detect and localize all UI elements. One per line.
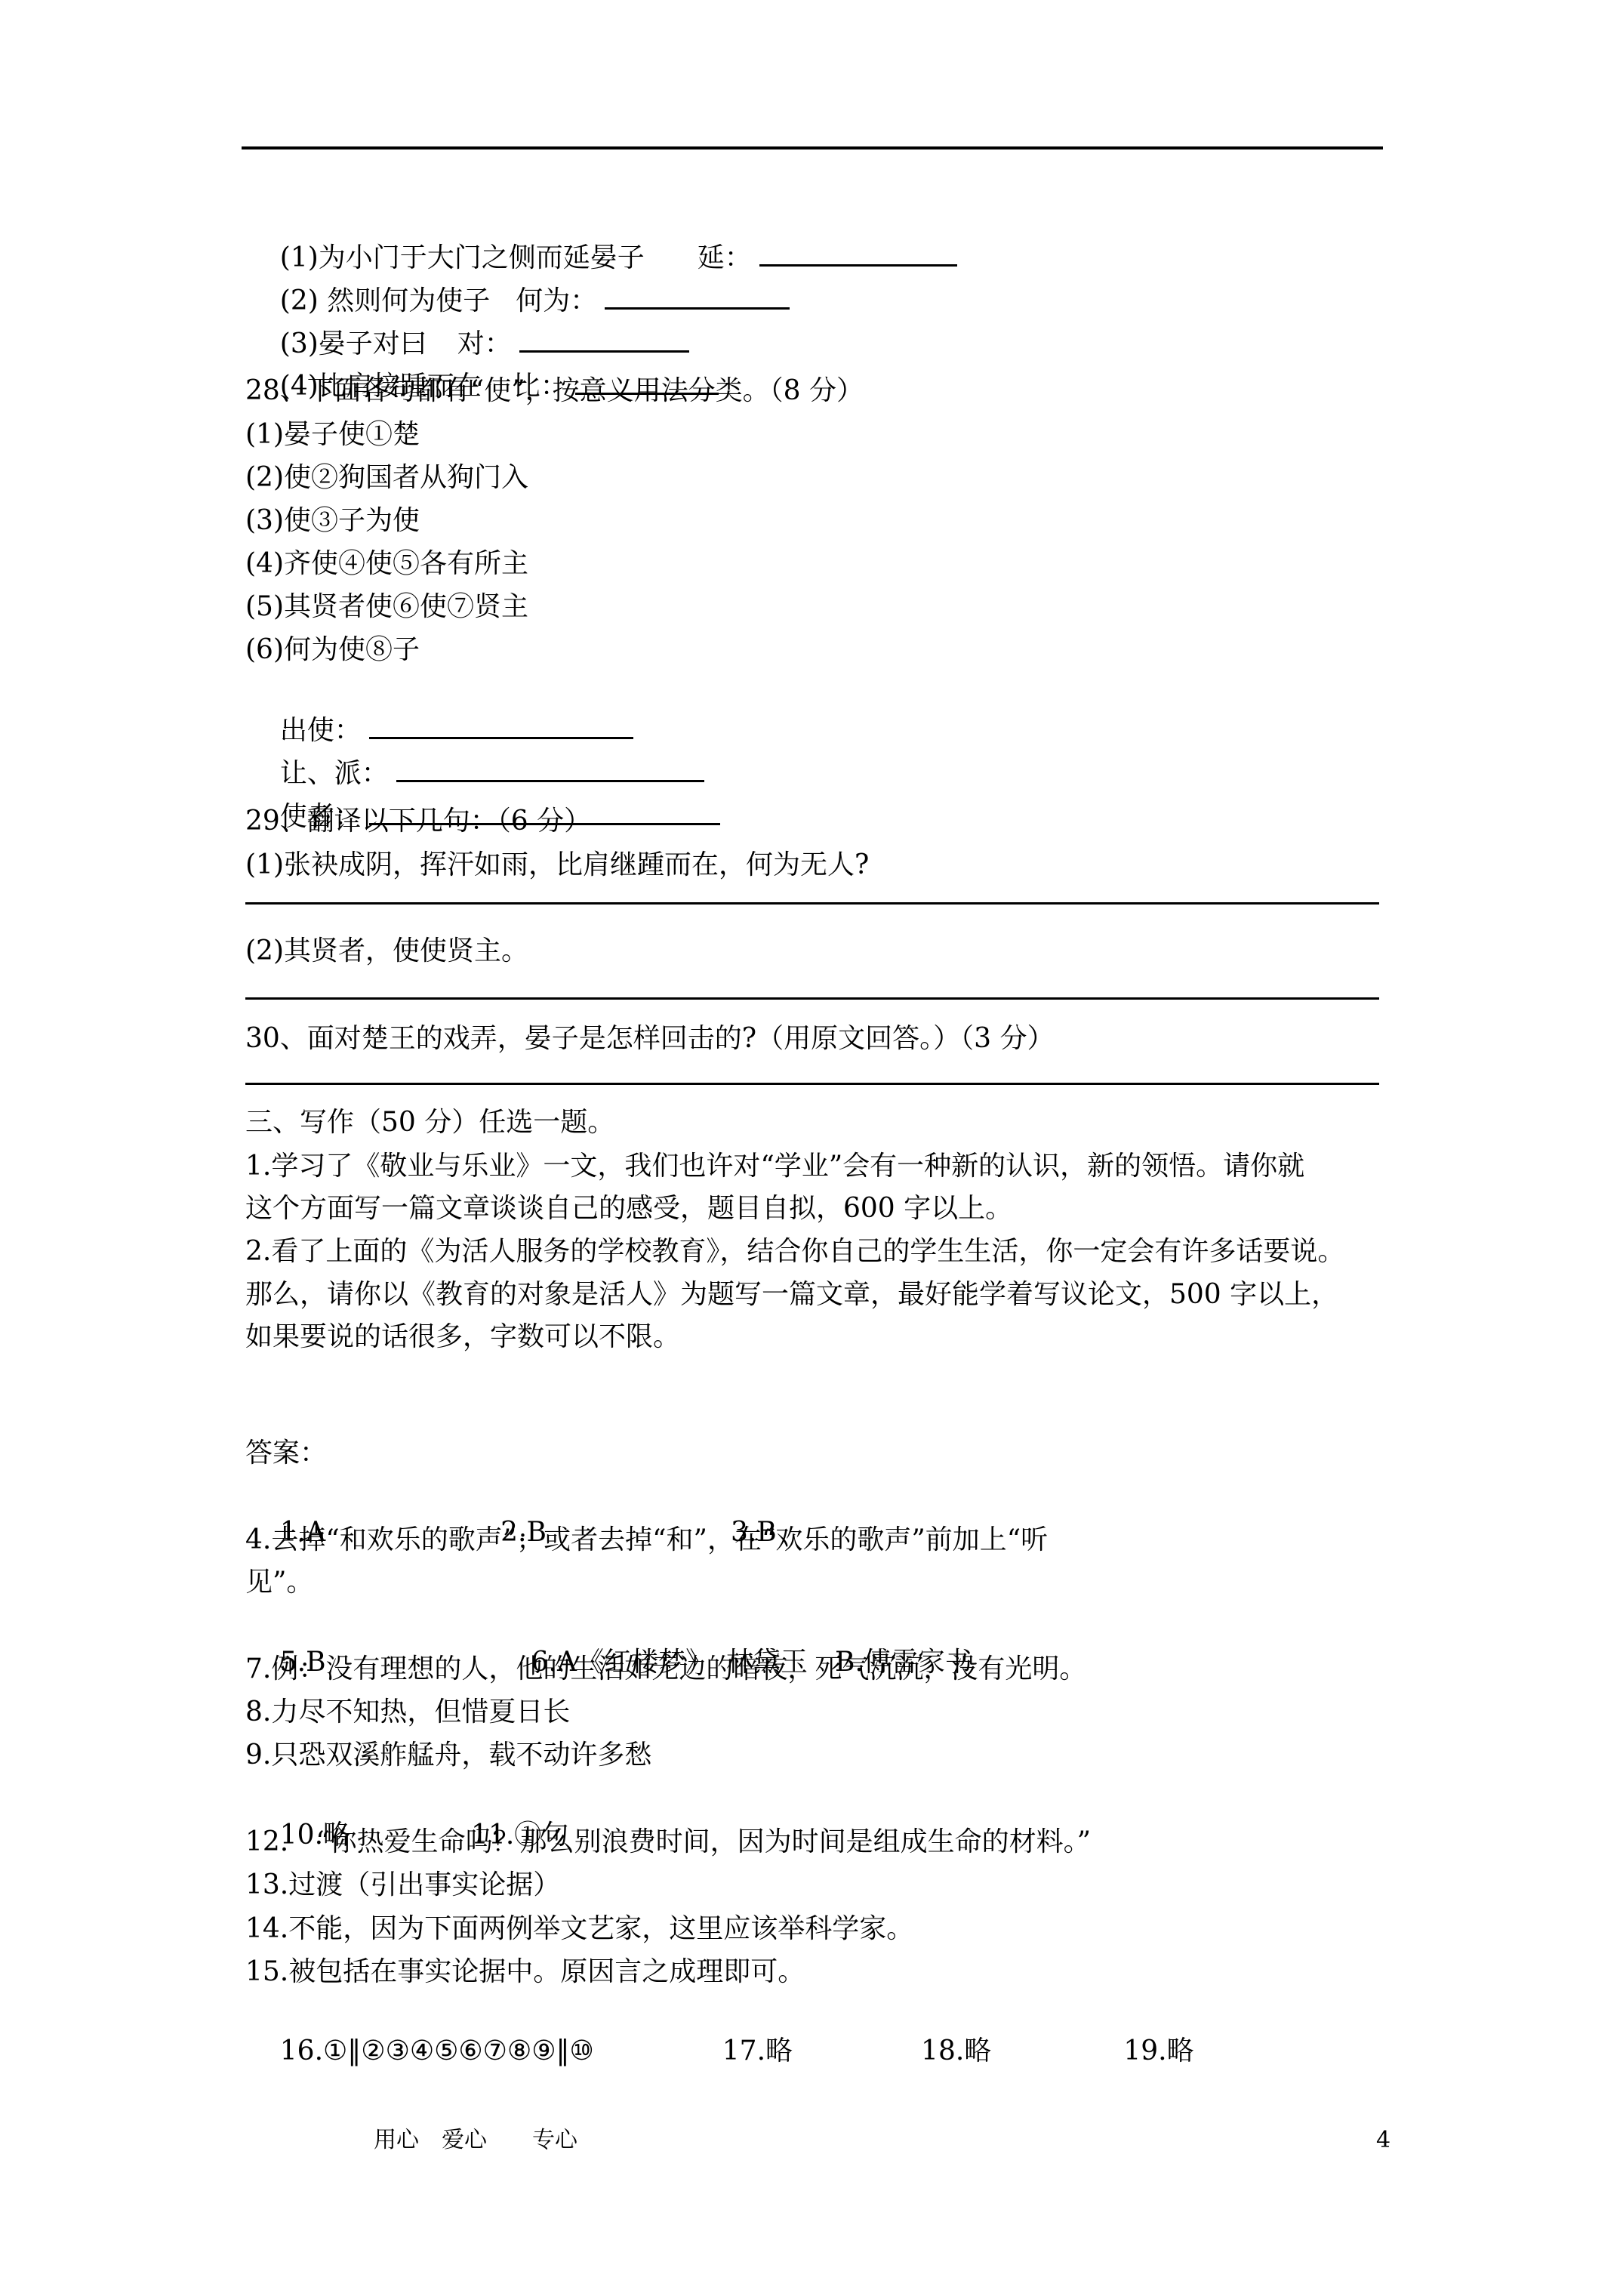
writing-prompt-2-line-1: 2.看了上面的《为活人服务的学校教育》，结合你自己的学生生活，你一定会有许多话要… xyxy=(245,1234,1344,1270)
q30-title: 30、面对楚王的戏弄，晏子是怎样回击的?（用原文回答。）（3 分） xyxy=(245,1021,1054,1057)
q29-item-1: (1)张袂成阴，挥汗如雨，比肩继踵而在，何为无人? xyxy=(245,847,869,883)
answer-7: 7.例：没有理想的人，他的生活如无边的暗夜，死气沉沉，没有光明。 xyxy=(245,1651,1086,1687)
answer-12: 12. “你热爱生命吗？那么别浪费时间，因为时间是组成生命的材料。” xyxy=(245,1824,1091,1860)
q28-item: (3)使③子为使 xyxy=(245,503,420,539)
q28-item: (5)其贤者使⑥使⑦贤主 xyxy=(245,589,528,625)
answer-line[interactable] xyxy=(245,997,1379,1000)
q28-item: (1)晏子使①楚 xyxy=(245,417,420,453)
answer-14: 14.不能，因为下面两例举文艺家，这里应该举科学家。 xyxy=(245,1911,913,1947)
header-rule xyxy=(242,146,1383,149)
q28-item: (6)何为使⑧子 xyxy=(245,632,420,668)
q29-title: 29、翻译以下几句：（6 分） xyxy=(245,803,591,840)
q28-item: (4)齐使④使⑤各有所主 xyxy=(245,546,528,582)
writing-title: 三、写作（50 分）任选一题。 xyxy=(245,1105,614,1141)
answer-4-line-1: 4.去掉“和欢乐的歌声”；或者去掉“和”，在“欢乐的歌声”前加上“听 xyxy=(245,1522,1048,1558)
q28-item: (2)使②狗国者从狗门入 xyxy=(245,460,528,496)
writing-prompt-1-line-2: 这个方面写一篇文章谈谈自己的感受，题目自拟，600 字以上。 xyxy=(245,1191,1012,1227)
answer: 19.略 xyxy=(1123,2036,1193,2066)
answer-4-line-2: 见”。 xyxy=(245,1564,313,1601)
page-number: 4 xyxy=(1376,2125,1390,2156)
answer-15: 15.被包括在事实论据中。原因言之成理即可。 xyxy=(245,1954,805,1990)
footer-motto: 用心 爱心 专心 xyxy=(374,2125,623,2156)
writing-prompt-2-line-3: 如果要说的话很多，字数可以不限。 xyxy=(245,1319,680,1355)
answers-row-16: 16.①‖②③④⑤⑥⑦⑧⑨‖⑩17.略18.略19.略 xyxy=(245,1997,1194,2106)
answer-8: 8.力尽不知热，但惜夏日长 xyxy=(245,1694,570,1730)
answer: 18.略 xyxy=(921,2036,991,2066)
q29-item-2: (2)其贤者，使使贤主。 xyxy=(245,933,528,969)
answer-line[interactable] xyxy=(245,1083,1379,1085)
answers-title: 答案： xyxy=(245,1435,327,1472)
writing-prompt-1-line-1: 1.学习了《敬业与乐业》一文，我们也许对“学业”会有一种新的认识，新的领悟。请你… xyxy=(245,1148,1304,1185)
answer: 16.①‖②③④⑤⑥⑦⑧⑨‖⑩ xyxy=(280,2036,594,2066)
answer: 17.略 xyxy=(722,2036,793,2066)
answer-line[interactable] xyxy=(245,902,1379,905)
answer-13: 13.过渡（引出事实论据） xyxy=(245,1867,560,1903)
q28-title: 28、下面各句都有“使”，按意义用法分类。（8 分） xyxy=(245,373,864,409)
writing-prompt-2-line-2: 那么，请你以《教育的对象是活人》为题写一篇文章，最好能学着写议论文，500 字以… xyxy=(245,1277,1338,1313)
document-page: (1)为小门于大门之侧而延晏子延： (2) 然则何为使子何为： (3)晏子对曰对… xyxy=(0,0,1623,2296)
answer-9: 9.只恐双溪舴艋舟，载不动许多愁 xyxy=(245,1737,651,1774)
